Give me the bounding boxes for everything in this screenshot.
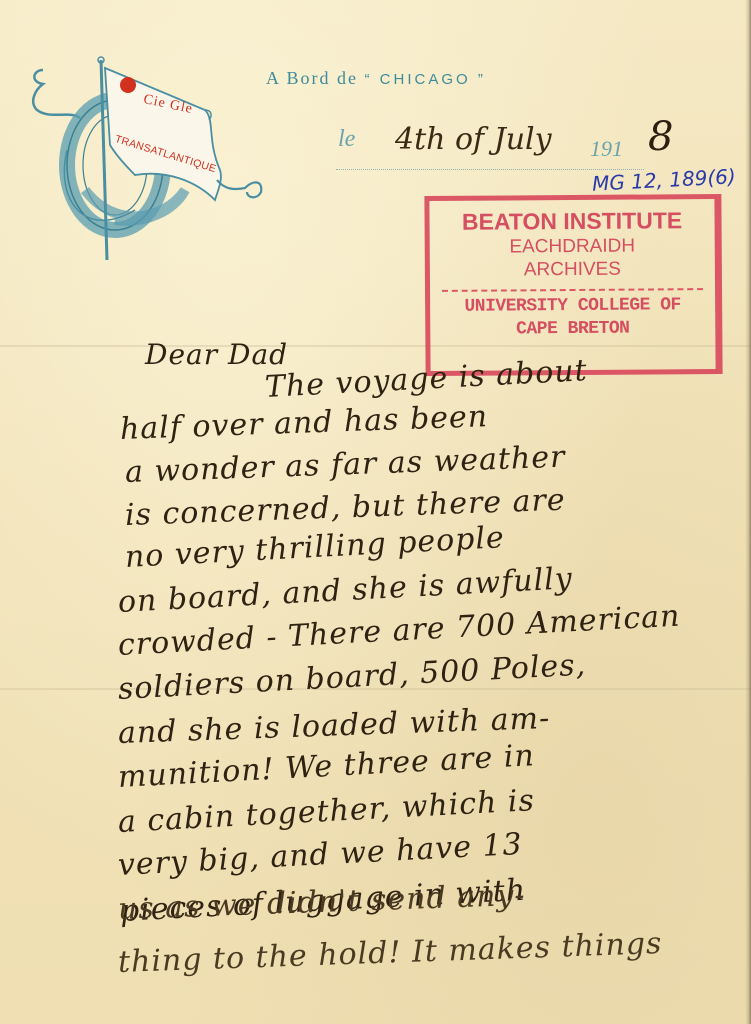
- letter-line: The voyage is about: [264, 353, 588, 405]
- letterhead-title: A Bord de “ CHICAGO ”: [266, 68, 486, 89]
- stamp-line-3: ARCHIVES: [430, 257, 715, 282]
- letter-line: half over and has been: [119, 399, 488, 447]
- letter-line: a wonder as far as weather: [124, 440, 566, 490]
- date-year-handwritten: 8: [648, 114, 673, 160]
- stamp-line-2: EACHDRAIDH: [430, 234, 715, 259]
- letter-line: thing to the hold! It makes things: [117, 926, 663, 980]
- letter-line: us as we didn't send any-: [117, 878, 526, 927]
- date-handwritten: 4th of July: [395, 122, 552, 157]
- header-prefix: A Bord de: [266, 68, 358, 88]
- archive-stamp: BEATON INSTITUTE EACHDRAIDH ARCHIVES UNI…: [424, 194, 722, 376]
- stamp-divider: [442, 288, 703, 292]
- date-prefix: le: [338, 126, 355, 153]
- stamp-line-5: CAPE BRETON: [430, 317, 715, 342]
- salutation: Dear Dad: [145, 338, 288, 371]
- ship-name: “ CHICAGO ”: [365, 71, 486, 88]
- stamp-line-4: UNIVERSITY COLLEGE OF: [430, 294, 715, 319]
- letter-page: Cie Gle TRANSATLANTIQUE A Bord de “ CHIC…: [0, 0, 751, 1024]
- date-year-printed: 191: [590, 136, 623, 162]
- stamp-title: BEATON INSTITUTE: [429, 207, 714, 236]
- pennant-flag-icon: [25, 50, 270, 265]
